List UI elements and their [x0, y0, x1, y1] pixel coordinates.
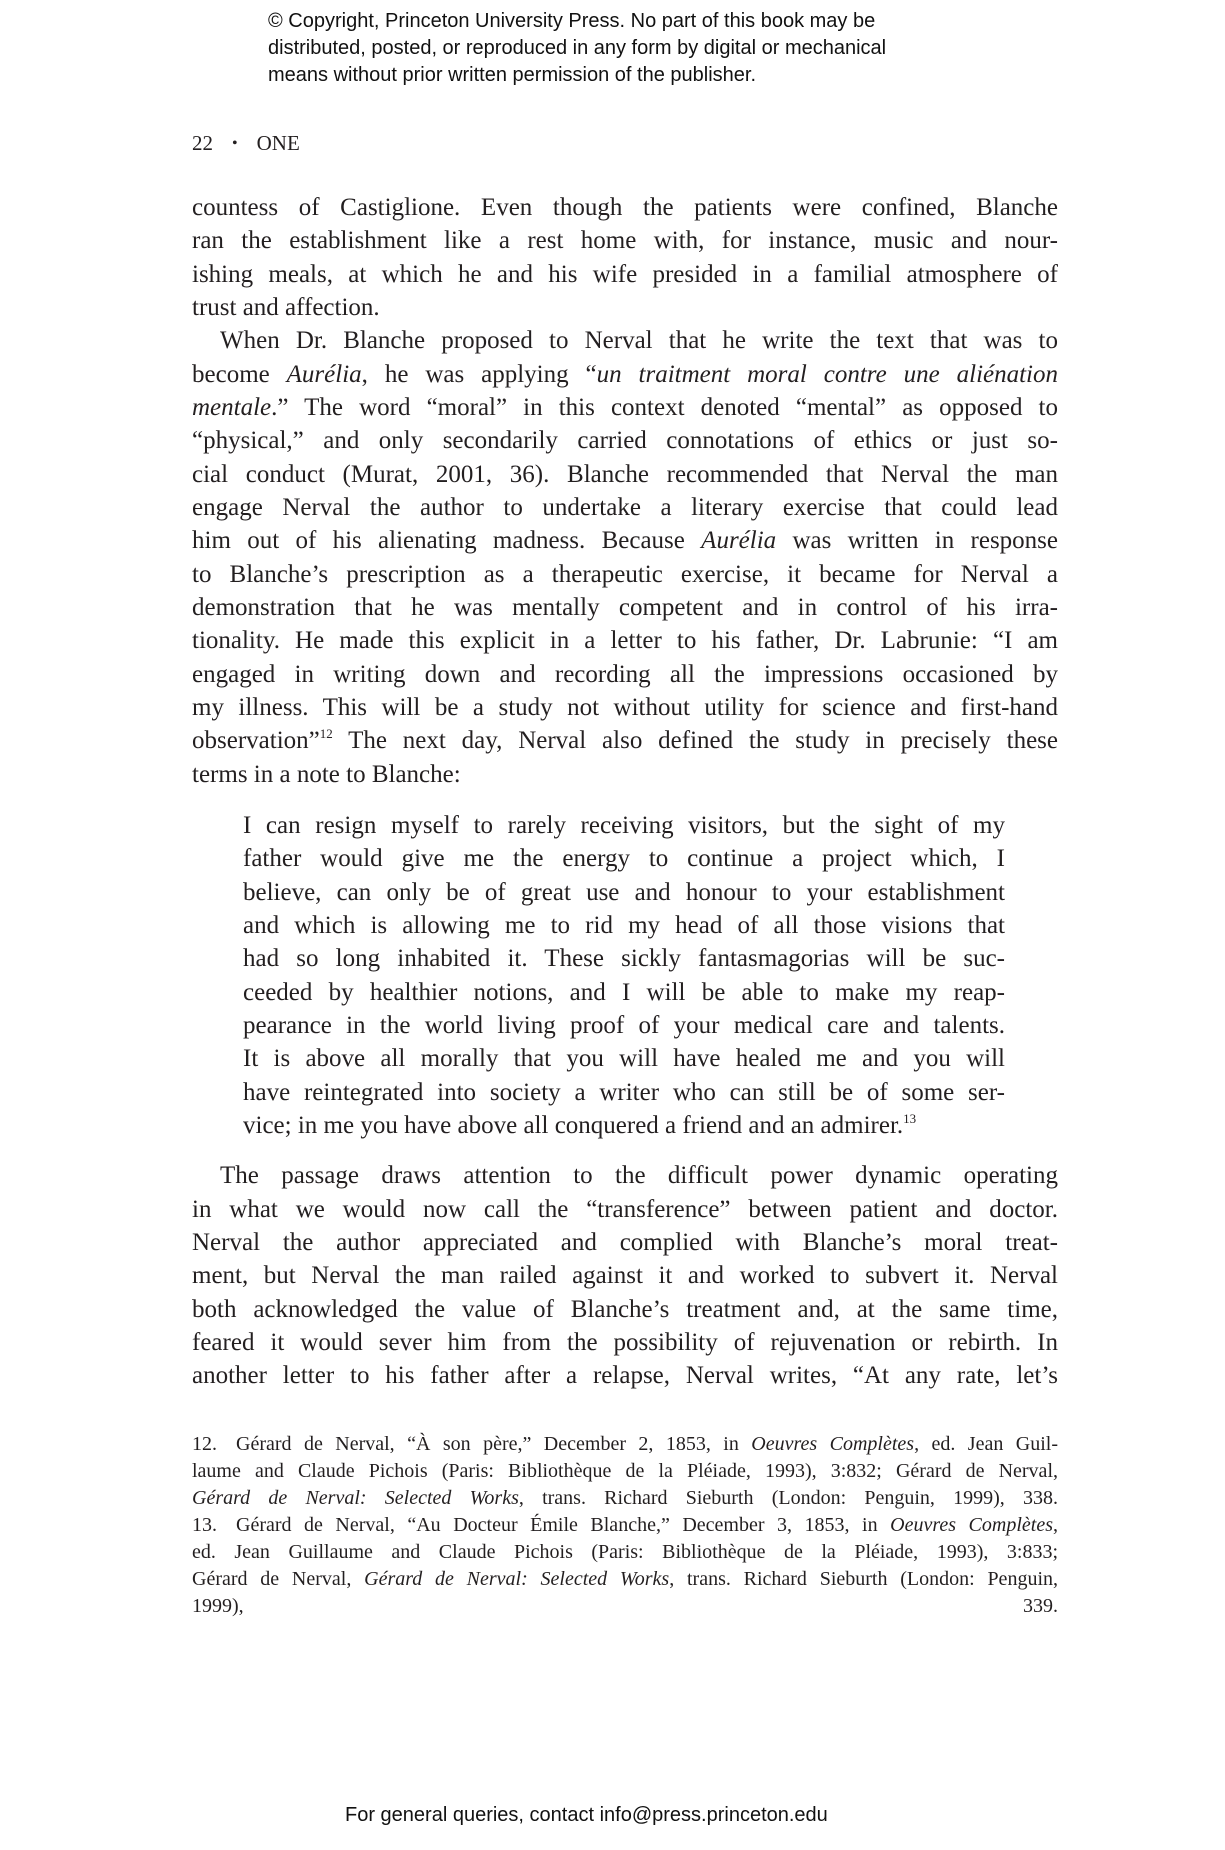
footnote-line: ed. Jean Guillaume and Claude Pichois (P…: [192, 1539, 1058, 1566]
text-line: demonstration that he was mentally compe…: [192, 591, 1058, 624]
footnote-line: Gérard de Nerval, Gérard de Nerval: Sele…: [192, 1566, 1058, 1593]
chapter-title: ONE: [257, 131, 300, 155]
copyright-line: © Copyright, Princeton University Press.…: [268, 8, 988, 35]
footnote-12: 12.Gérard de Nerval, “À son père,” Decem…: [192, 1431, 1058, 1458]
text-run: become: [192, 361, 287, 388]
text-line: tionality. He made this explicit in a le…: [192, 624, 1058, 657]
text-run: , trans. Richard Sieburth (London: Pengu…: [519, 1487, 1058, 1509]
quote-line: had so long inhabited it. These sickly f…: [243, 942, 1005, 975]
text-run: , trans. Richard Sieburth (London: Pengu…: [669, 1568, 1058, 1590]
text-run: , he was applying “: [362, 361, 597, 388]
text-line: cial conduct (Murat, 2001, 36). Blanche …: [192, 458, 1058, 491]
text-line: “physical,” and only secondarily carried…: [192, 424, 1058, 457]
work-title: Aurélia: [287, 361, 362, 388]
footnote-number: 12.: [192, 1431, 236, 1458]
copyright-line: means without prior written permission o…: [268, 62, 988, 89]
text-run: Gérard de Nerval, “À son père,” December…: [236, 1433, 751, 1455]
work-title: Oeuvres Complètes: [751, 1433, 914, 1455]
work-title: Gérard de Nerval: Selected Works: [192, 1487, 519, 1509]
text-line: ment, but Nerval the man railed against …: [192, 1259, 1058, 1292]
work-title: Aurélia: [701, 527, 776, 554]
contact-notice: For general queries, contact info@press.…: [345, 1803, 828, 1827]
text-line: to Blanche’s prescription as a therapeut…: [192, 558, 1058, 591]
footnote-line: laume and Claude Pichois (Paris: Bibliot…: [192, 1458, 1058, 1485]
text-line: become Aurélia, he was applying “un trai…: [192, 358, 1058, 391]
text-run: him out of his alienating madness. Becau…: [192, 527, 701, 554]
quote-line: pearance in the world living proof of yo…: [243, 1009, 1005, 1042]
text-line: ran the establishment like a rest home w…: [192, 224, 1058, 257]
bullet-separator: •: [232, 132, 238, 156]
text-line: mentale.” The word “moral” in this conte…: [192, 391, 1058, 424]
footnote-ref-12[interactable]: 12: [320, 726, 333, 741]
quote-line: and which is allowing me to rid my head …: [243, 909, 1005, 942]
text-run: observation”: [192, 727, 320, 754]
french-quote: un traitment moral contre une aliénation: [597, 361, 1058, 388]
quote-line: believe, can only be of great use and ho…: [243, 876, 1005, 909]
text-line: trust and affection.: [192, 291, 1058, 324]
text-run: vice; in me you have above all conquered…: [243, 1112, 903, 1139]
text-line: observation”12 The next day, Nerval also…: [192, 724, 1058, 757]
text-run: .” The word “moral” in this context deno…: [271, 394, 1058, 421]
page-number: 22: [192, 131, 213, 155]
text-run: Gérard de Nerval, “Au Docteur Émile Blan…: [236, 1514, 890, 1536]
text-line: another letter to his father after a rel…: [192, 1359, 1058, 1392]
quote-line: have reintegrated into society a writer …: [243, 1076, 1005, 1109]
text-line: him out of his alienating madness. Becau…: [192, 524, 1058, 557]
text-line: engaged in writing down and recording al…: [192, 658, 1058, 691]
quote-line: father would give me the energy to conti…: [243, 842, 1005, 875]
copyright-line: distributed, posted, or reproduced in an…: [268, 35, 988, 62]
quote-line: It is above all morally that you will ha…: [243, 1042, 1005, 1075]
text-line: terms in a note to Blanche:: [192, 758, 1058, 791]
quote-line: I can resign myself to rarely receiving …: [243, 809, 1005, 842]
text-line: Nerval the author appreciated and compli…: [192, 1226, 1058, 1259]
footnote-13: 13.Gérard de Nerval, “Au Docteur Émile B…: [192, 1512, 1058, 1539]
text-line: engage Nerval the author to undertake a …: [192, 491, 1058, 524]
text-line: in what we would now call the “transfere…: [192, 1193, 1058, 1226]
footnote-line: 1999), 339.: [192, 1593, 1058, 1620]
copyright-notice: © Copyright, Princeton University Press.…: [268, 8, 988, 89]
text-run: The next day, Nerval also defined the st…: [333, 727, 1058, 754]
text-run: , ed. Jean Guil-: [914, 1433, 1058, 1455]
text-line: my illness. This will be a study not wit…: [192, 691, 1058, 724]
work-title: Oeuvres Complètes: [890, 1514, 1053, 1536]
text-line: When Dr. Blanche proposed to Nerval that…: [220, 324, 1058, 357]
text-line: both acknowledged the value of Blanche’s…: [192, 1293, 1058, 1326]
work-title: Gérard de Nerval: Selected Works: [364, 1568, 669, 1590]
footnote-line: Gérard de Nerval: Selected Works, trans.…: [192, 1485, 1058, 1512]
text-run: ,: [1053, 1514, 1058, 1536]
text-line: The passage draws attention to the diffi…: [220, 1159, 1058, 1192]
text-line: ishing meals, at which he and his wife p…: [192, 258, 1058, 291]
quote-line: ceeded by healthier notions, and I will …: [243, 976, 1005, 1009]
footnote-number: 13.: [192, 1512, 236, 1539]
french-quote: mentale: [192, 394, 271, 421]
quote-line: vice; in me you have above all conquered…: [243, 1109, 1005, 1142]
text-run: was written in response: [776, 527, 1058, 554]
text-line: feared it would sever him from the possi…: [192, 1326, 1058, 1359]
text-line: countess of Castiglione. Even though the…: [192, 191, 1058, 224]
text-run: Gérard de Nerval,: [192, 1568, 364, 1590]
footnote-ref-13[interactable]: 13: [903, 1111, 916, 1126]
running-head: 22•ONE: [192, 131, 300, 156]
